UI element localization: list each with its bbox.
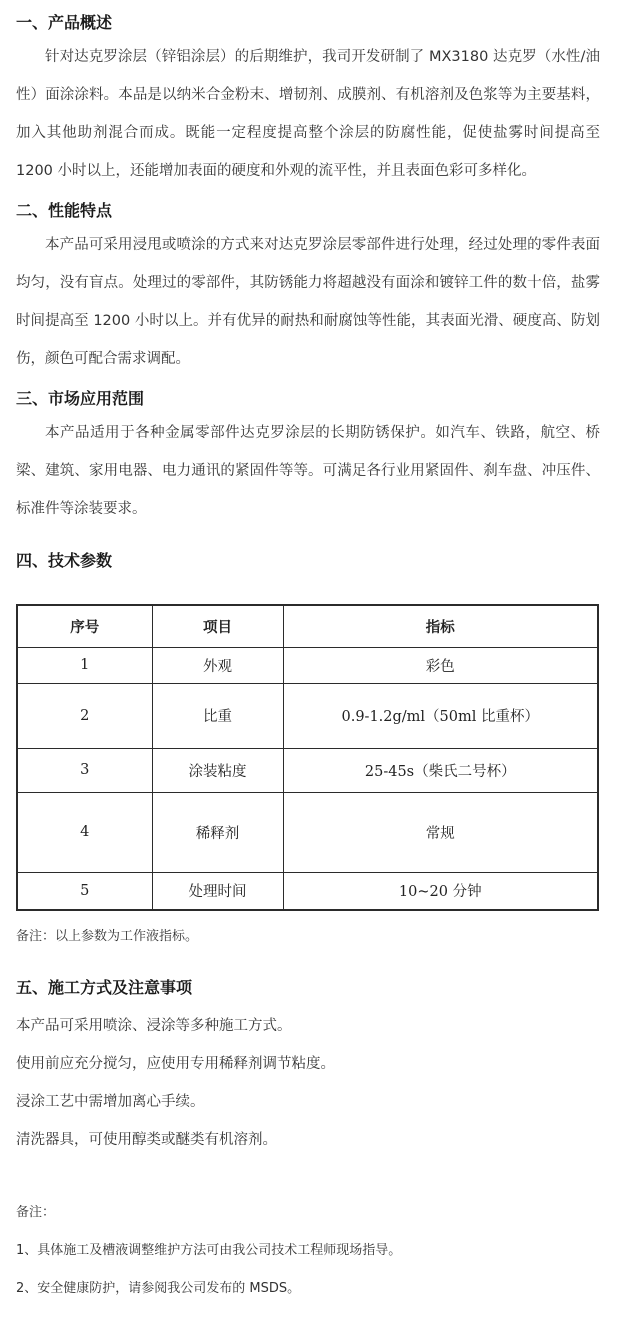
cell-value: 常规 <box>283 792 598 872</box>
cell-no: 2 <box>17 683 152 748</box>
cell-item: 涂装粘度 <box>152 748 283 792</box>
instruction-line: 使用前应充分搅匀，应使用专用稀释剂调节粘度。 <box>16 1045 600 1083</box>
table-note: 备注：以上参数为工作液指标。 <box>16 927 600 947</box>
cell-item: 稀释剂 <box>152 792 283 872</box>
construction-instructions: 本产品可采用喷涂、浸涂等多种施工方式。 使用前应充分搅匀，应使用专用稀释剂调节粘… <box>16 1007 600 1159</box>
table-row: 2 比重 0.9-1.2g/ml（50ml 比重杯） <box>17 683 598 748</box>
col-header-item: 项目 <box>152 605 283 647</box>
table-row: 3 涂装粘度 25-45s（柴氏二号杯） <box>17 748 598 792</box>
document-page: 一、产品概述 针对达克罗涂层（锌铝涂层）的后期维护，我司开发研制了 MX3180… <box>0 12 618 1299</box>
section-1-paragraph: 针对达克罗涂层（锌铝涂层）的后期维护，我司开发研制了 MX3180 达克罗（水性… <box>16 38 600 190</box>
cell-no: 5 <box>17 872 152 910</box>
table-row: 5 处理时间 10~20 分钟 <box>17 872 598 910</box>
table-header-row: 序号 项目 指标 <box>17 605 598 647</box>
footnote-item: 2、安全健康防护，请参阅我公司发布的 MSDS。 <box>16 1279 600 1299</box>
section-3-paragraph: 本产品适用于各种金属零部件达克罗涂层的长期防锈保护。如汽车、铁路，航空、桥梁、建… <box>16 414 600 528</box>
technical-parameters-table: 序号 项目 指标 1 外观 彩色 2 比重 0.9-1.2g/ml（50ml 比… <box>16 604 599 911</box>
section-2-paragraph: 本产品可采用浸甩或喷涂的方式来对达克罗涂层零部件进行处理，经过处理的零件表面均匀… <box>16 226 600 378</box>
col-header-no: 序号 <box>17 605 152 647</box>
instruction-line: 本产品可采用喷涂、浸涂等多种施工方式。 <box>16 1007 600 1045</box>
cell-no: 3 <box>17 748 152 792</box>
col-header-value: 指标 <box>283 605 598 647</box>
cell-no: 1 <box>17 647 152 683</box>
cell-value: 10~20 分钟 <box>283 872 598 910</box>
cell-value: 彩色 <box>283 647 598 683</box>
section-4-title: 四、技术参数 <box>16 550 600 572</box>
footnotes-label: 备注： <box>16 1203 600 1223</box>
cell-value: 25-45s（柴氏二号杯） <box>283 748 598 792</box>
cell-value: 0.9-1.2g/ml（50ml 比重杯） <box>283 683 598 748</box>
cell-item: 比重 <box>152 683 283 748</box>
footnote-item: 1、具体施工及槽液调整维护方法可由我公司技术工程师现场指导。 <box>16 1241 600 1261</box>
section-5-title: 五、施工方式及注意事项 <box>16 977 600 999</box>
instruction-line: 浸涂工艺中需增加离心手续。 <box>16 1083 600 1121</box>
table-row: 1 外观 彩色 <box>17 647 598 683</box>
section-3-title: 三、市场应用范围 <box>16 388 600 410</box>
section-1-title: 一、产品概述 <box>16 12 600 34</box>
cell-item: 处理时间 <box>152 872 283 910</box>
table-row: 4 稀释剂 常规 <box>17 792 598 872</box>
cell-item: 外观 <box>152 647 283 683</box>
cell-no: 4 <box>17 792 152 872</box>
section-2-title: 二、性能特点 <box>16 200 600 222</box>
instruction-line: 清洗器具，可使用醇类或醚类有机溶剂。 <box>16 1121 600 1159</box>
